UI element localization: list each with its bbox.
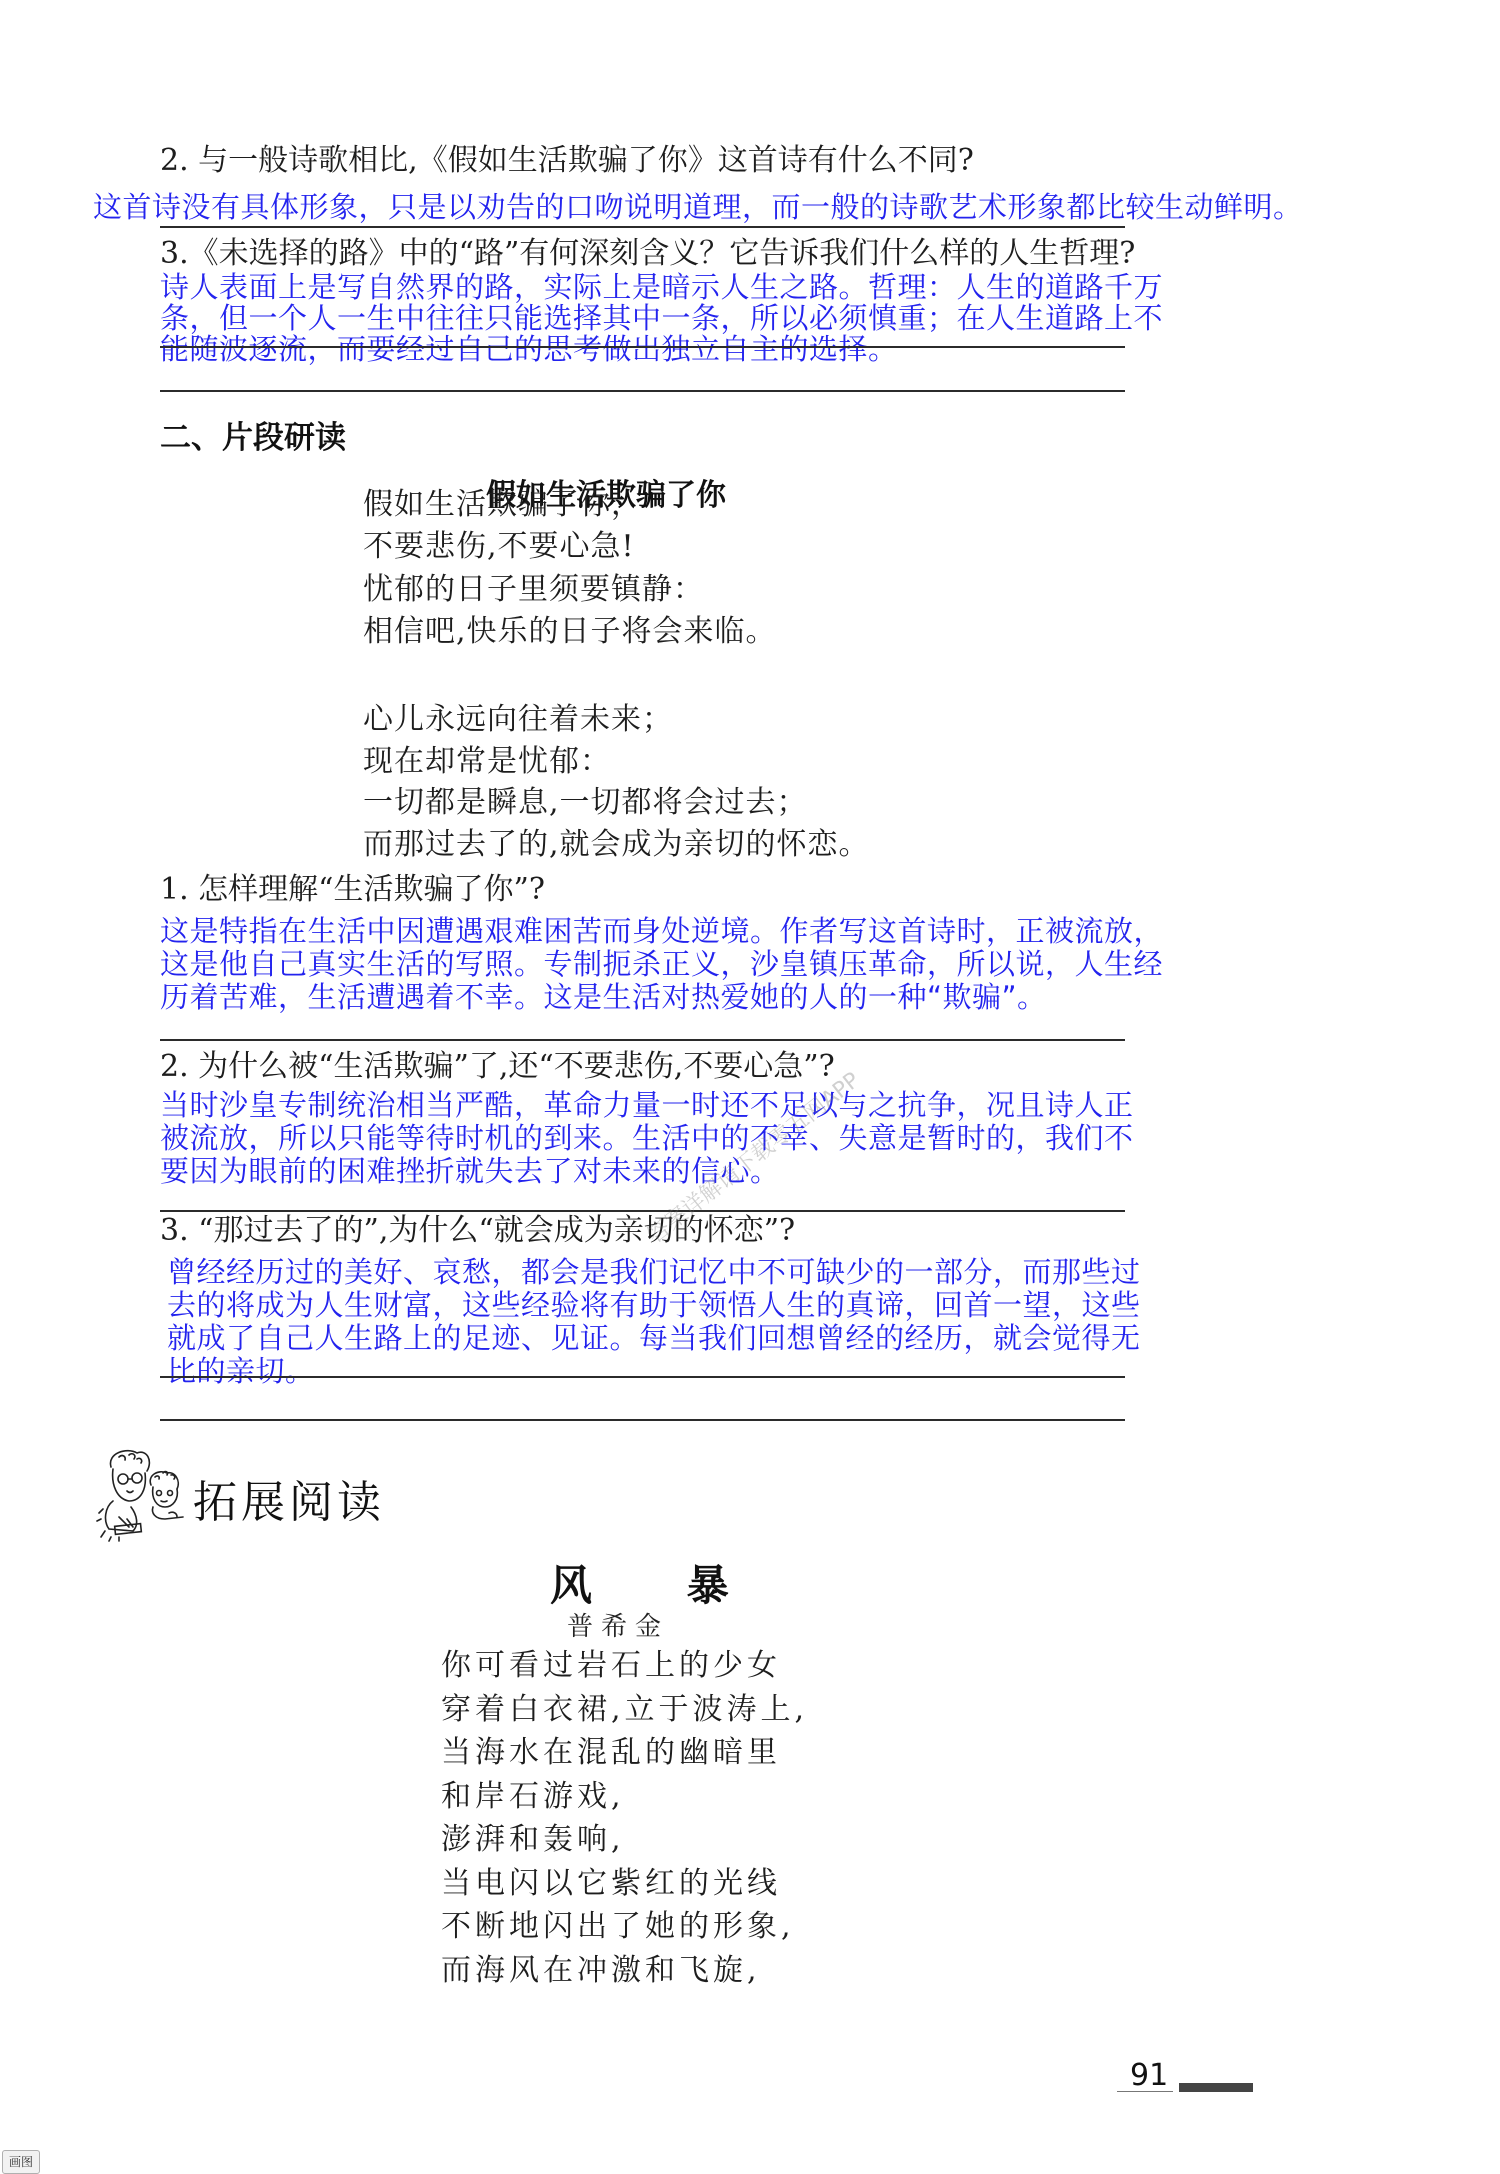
answer-rule: [160, 1419, 1125, 1421]
storm-poem-line: 穿着白衣裙,立于波涛上,: [441, 1688, 808, 1732]
fragment-answer-2-line: 当时沙皇专制统治相当严酷，革命力量一时还不足以与之抗争，况且诗人正: [160, 1089, 1134, 1122]
fragment-answer-1-line: 这是他自己真实生活的写照。专制扼杀正义，沙皇镇压革命，所以说，人生经: [160, 948, 1163, 981]
fragment-answer-2-line: 要因为眼前的困难挫折就失去了对未来的信心。: [160, 1155, 780, 1188]
fragment-answer-3-line: 比的亲切。: [167, 1355, 315, 1388]
storm-poem-line: 澎湃和轰响,: [441, 1818, 625, 1862]
page-footer-bar: [1179, 2083, 1253, 2092]
poem-line: 假如生活欺骗了你，: [363, 484, 642, 526]
poem-line: 一切都是瞬息,一切都将会过去；: [363, 782, 808, 824]
fragment-question-1: 1. 怎样理解“生活欺骗了你”?: [160, 872, 545, 908]
question-3-answer-line: 条，但一个人一生中往往只能选择其中一条，所以必须慎重；在人生道路上不: [160, 302, 1163, 335]
poem-line: 忧郁的日子里须要镇静：: [363, 569, 704, 611]
fragment-answer-3-line: 就成了自己人生路上的足迹、见证。每当我们回想曾经的经历，就会觉得无: [167, 1322, 1141, 1355]
answer-rule: [160, 1039, 1125, 1041]
question-3-answer-line: 诗人表面上是写自然界的路，实际上是暗示人生之路。哲理：人生的道路千万: [160, 271, 1163, 304]
answer-rule: [160, 390, 1125, 392]
storm-poem-line: 不断地闪出了她的形象,: [441, 1905, 795, 1949]
question-3-answer-line: 能随波逐流，而要经过自己的思考做出独立自主的选择。: [160, 333, 898, 366]
answer-rule: [160, 1210, 1125, 1212]
poem-line: 不要悲伤,不要心急!: [363, 526, 635, 568]
storm-poem-line: 和岸石游戏,: [441, 1775, 625, 1819]
storm-poem-author: 普希金: [567, 1606, 669, 1643]
storm-poem-line: 当电闪以它紫红的光线: [441, 1862, 781, 1906]
storm-poem-line: 当海水在混乱的幽暗里: [441, 1731, 781, 1775]
poem-line: 心儿永远向往着未来；: [363, 699, 673, 741]
storm-poem-line: 你可看过岩石上的少女: [441, 1644, 781, 1688]
question-2-prompt: 2. 与一般诗歌相比,《假如生活欺骗了你》这首诗有什么不同?: [160, 143, 974, 179]
answer-rule: [160, 1376, 1125, 1378]
fragment-answer-2-line: 被流放，所以只能等待时机的到来。生活中的不幸、失意是暂时的，我们不: [160, 1122, 1134, 1155]
poem-line: 相信吧,快乐的日子将会来临。: [363, 611, 777, 653]
fragment-question-3: 3. “那过去了的”,为什么“就会成为亲切的怀恋”?: [160, 1213, 795, 1249]
answer-rule: [160, 226, 1125, 228]
storm-poem-line: 而海风在冲激和飞旋,: [441, 1949, 761, 1993]
page-number: 91: [1130, 2058, 1168, 2093]
paint-tool-button[interactable]: 画图: [2, 2150, 40, 2174]
storm-poem-title: 风 暴: [550, 1553, 769, 1613]
poem-line: 而那过去了的,就会成为亲切的怀恋。: [363, 824, 870, 866]
fragment-answer-1-line: 历着苦难，生活遭遇着不幸。这是生活对热爱她的人的一种“欺骗”。: [160, 981, 1047, 1014]
answer-rule: [160, 346, 1125, 348]
question-3-prompt: 3.《未选择的路》中的“路”有何深刻含义？它告诉我们什么样的人生哲理?: [160, 236, 1135, 272]
poem-line: 现在却常是忧郁：: [363, 741, 611, 783]
extended-reading-heading: 拓展阅读: [193, 1466, 385, 1530]
fragment-answer-1-line: 这是特指在生活中因遭遇艰难困苦而身处逆境。作者写这首诗时，正被流放，: [160, 915, 1163, 948]
question-2-answer: 这首诗没有具体形象，只是以劝告的口吻说明道理，而一般的诗歌艺术形象都比较生动鲜明…: [93, 191, 1303, 224]
reading-children-icon: [93, 1445, 188, 1542]
fragment-answer-3-line: 曾经经历过的美好、哀愁，都会是我们记忆中不可缺少的一部分，而那些过: [167, 1256, 1141, 1289]
fragment-question-2: 2. 为什么被“生活欺骗”了,还“不要悲伤,不要心急”?: [160, 1049, 835, 1085]
fragment-answer-3-line: 去的将成为人生财富，这些经验将有助于领悟人生的真谛，回首一望，这些: [167, 1289, 1141, 1322]
section-heading: 二、片段研读: [160, 412, 346, 457]
page-number-underline: [1117, 2091, 1173, 2092]
